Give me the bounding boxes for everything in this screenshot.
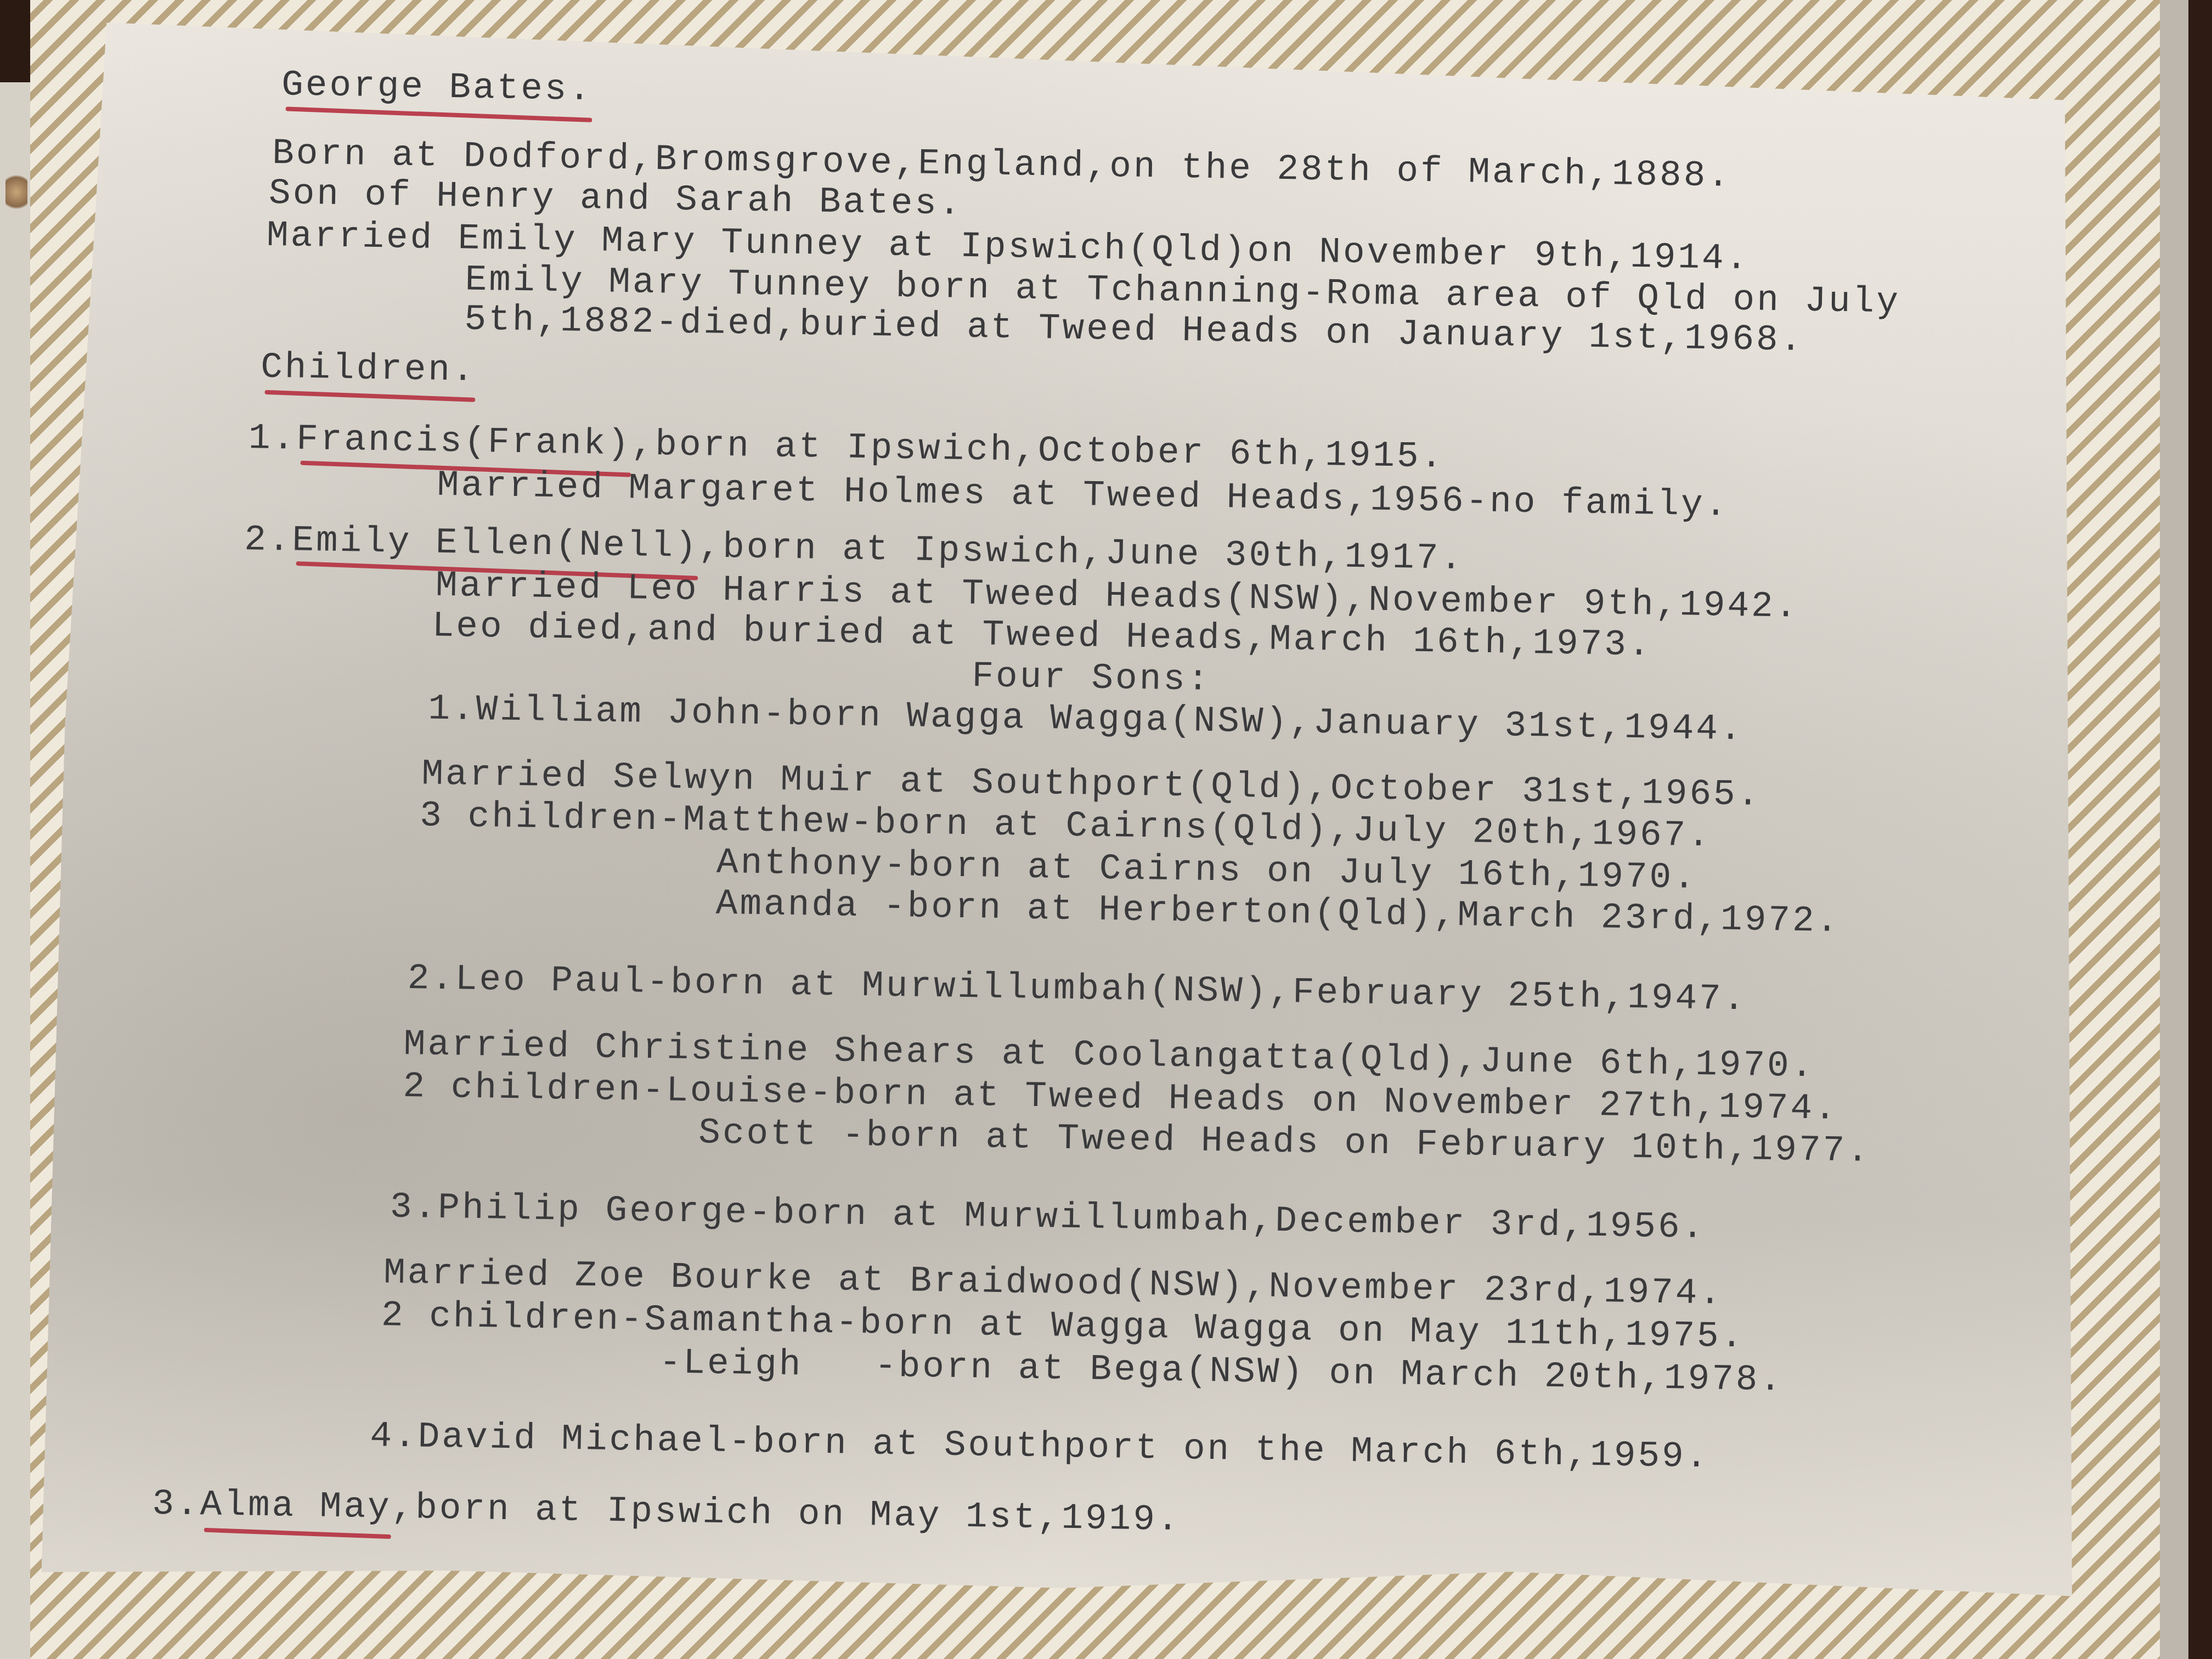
album-page-edge xyxy=(2160,0,2212,1659)
grandchild-entry: 4.David Michael-born at Southport on the… xyxy=(370,1415,1710,1479)
child-name: Emily Ellen(Nell) xyxy=(292,520,699,569)
grandchild-entry: 3.Philip George-born at Murwillumbah,Dec… xyxy=(390,1186,1706,1250)
binding-ring xyxy=(5,170,27,214)
document-body: George Bates. Born at Dodford,Bromsgrove… xyxy=(41,22,2106,1612)
table-edge xyxy=(0,0,30,82)
child-entry: 1.Francis(Frank),born at Ipswich,October… xyxy=(249,417,1445,478)
grandchild-entry: 2.Leo Paul-born at Murwillumbah(NSW),Feb… xyxy=(407,957,1747,1021)
sons-heading: Four Sons: xyxy=(972,655,1211,702)
album-binding-strip xyxy=(0,82,30,1659)
children-heading: Children. xyxy=(261,346,477,392)
child-name: Francis(Frank) xyxy=(296,418,632,466)
child-entry: 3.Alma May,born at Ipswich on May 1st,19… xyxy=(152,1483,1181,1542)
child-name: Alma May xyxy=(200,1483,392,1529)
page-title: George Bates. xyxy=(281,64,593,111)
child-detail: Married Margaret Holmes at Tweed Heads,1… xyxy=(437,464,1729,527)
typewritten-sheet: George Bates. Born at Dodford,Bromsgrove… xyxy=(41,22,2106,1612)
